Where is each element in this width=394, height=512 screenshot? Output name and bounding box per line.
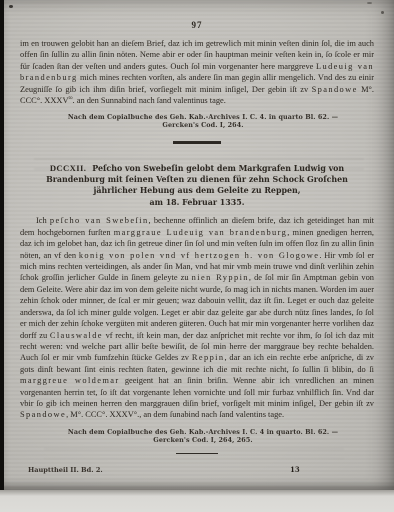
- signature-mark: Haupttheil II. Bd. 2.: [28, 466, 103, 474]
- page-paper: 97 im en trouwen gelobit han an dieſem B…: [4, 0, 394, 490]
- end-divider: [176, 453, 218, 454]
- scan-artifact: [367, 2, 372, 4]
- page-number: 97: [20, 20, 374, 30]
- entry-number: DCCXII.: [50, 163, 92, 173]
- entry-date: am 18. Februar 1335.: [24, 197, 370, 208]
- entry-heading: DCCXII.Peſcho von Swebeſin gelobt dem Ma…: [24, 163, 370, 208]
- page-content: 97 im en trouwen gelobit han an dieſem B…: [4, 0, 394, 474]
- charter-text: Ich peſcho van Swebeſin, bechenne offinl…: [20, 215, 374, 420]
- sheet-number: 13: [290, 464, 300, 474]
- page-footer: Haupttheil II. Bd. 2. 13: [20, 460, 374, 474]
- scan-artifact: [381, 11, 384, 14]
- scan-bottom-edge: [0, 490, 394, 512]
- paragraph-continuation: im en trouwen gelobit han an dieſem Brie…: [20, 38, 374, 106]
- entry-title: Peſcho von Swebeſin gelobt dem Markgrafe…: [46, 164, 348, 195]
- section-divider: [173, 141, 221, 144]
- source-citation-2: Nach dem Copialbuche des Geh. Kab.-Archi…: [50, 428, 356, 444]
- scan-artifact: [9, 5, 13, 8]
- scanned-book-page: 97 im en trouwen gelobit han an dieſem B…: [0, 0, 394, 512]
- source-citation-1: Nach dem Copialbuche des Geh. Kab.-Archi…: [50, 113, 356, 129]
